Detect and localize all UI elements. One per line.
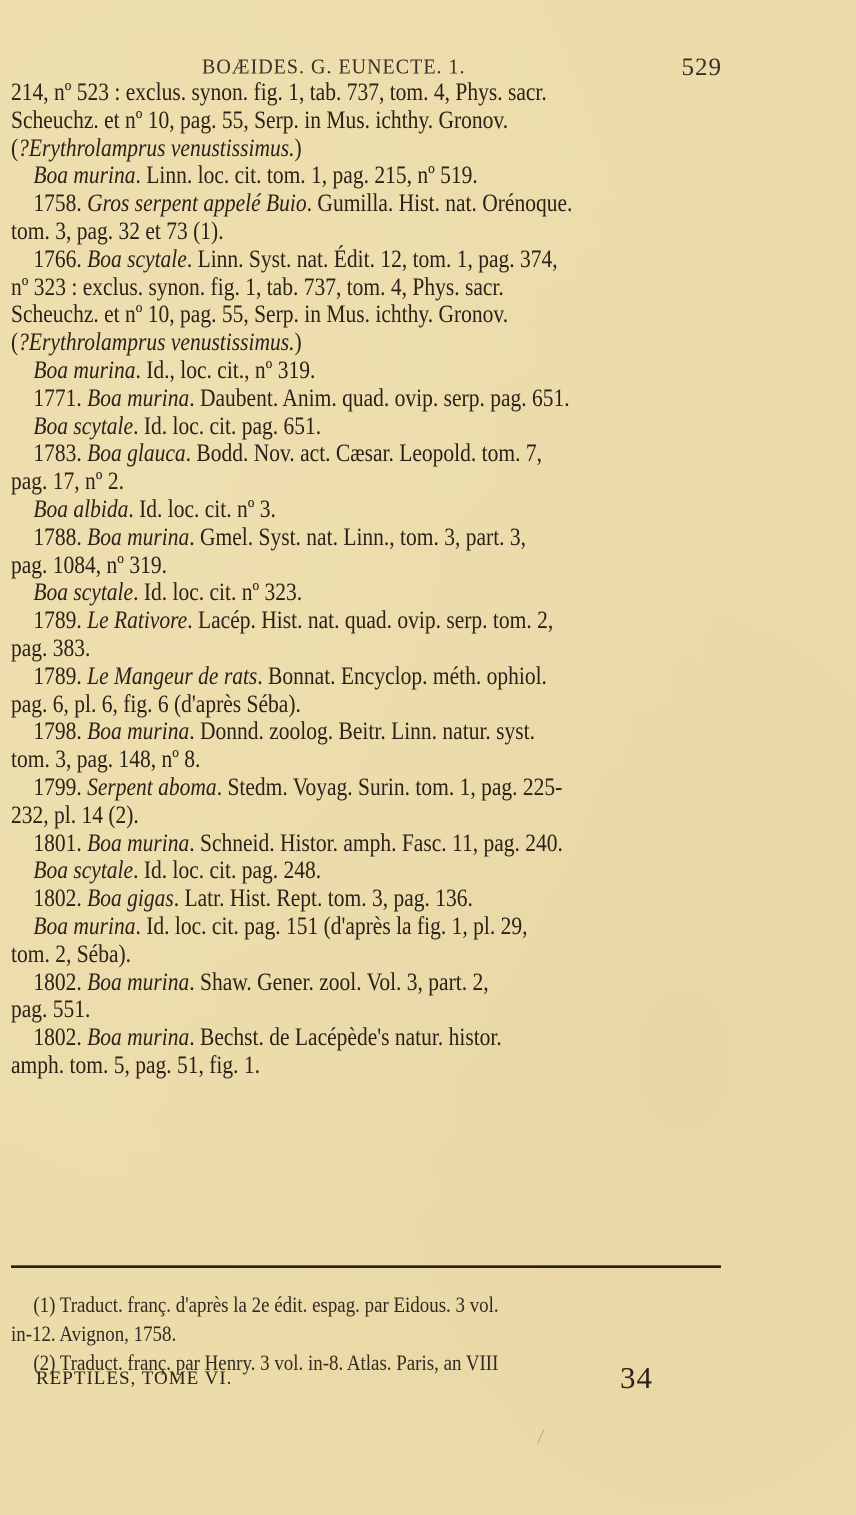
citation-text: ) — [294, 329, 301, 356]
citation-text: amph. tom. 5, pag. 51, fig. 1. — [11, 1052, 260, 1079]
citation-text: . Lacép. Hist. nat. quad. ovip. serp. to… — [187, 607, 553, 634]
species-name: ?Erythrolamprus venustissimus. — [18, 135, 294, 162]
species-name: Serpent aboma — [87, 774, 217, 801]
citation-text: 1802. — [33, 885, 87, 912]
species-name: Boa scytale — [87, 246, 187, 273]
citation-text: . Shaw. Gener. zool. Vol. 3, part. 2, — [189, 969, 488, 996]
text-line: 1766. Boa scytale. Linn. Syst. nat. Édit… — [11, 246, 723, 274]
page-number: 529 — [682, 54, 723, 82]
citation-text: tom. 3, pag. 148, nº 8. — [11, 746, 200, 773]
text-line: Boa murina. Id., loc. cit., nº 319. — [11, 357, 723, 385]
citation-text: 232, pl. 14 (2). — [11, 802, 139, 829]
citation-text: . Linn. loc. cit. tom. 1, pag. 215, nº 5… — [135, 162, 477, 189]
text-line: Scheuchz. et nº 10, pag. 55, Serp. in Mu… — [11, 301, 723, 329]
citation-text: . Id. loc. cit. nº 323. — [133, 579, 302, 606]
citation-text: . Bonnat. Encyclop. méth. ophiol. — [257, 663, 547, 690]
species-name: Boa murina — [87, 718, 189, 745]
text-line: Boa murina. Linn. loc. cit. tom. 1, pag.… — [11, 162, 723, 190]
citation-text: . Bechst. de Lacépède's natur. histor. — [189, 1024, 502, 1051]
signature-number: 34 — [620, 1360, 653, 1396]
citation-text: 1758. — [33, 190, 87, 217]
citation-text: 1802. — [33, 969, 87, 996]
text-line: 1758. Gros serpent appelé Buio. Gumilla.… — [11, 190, 723, 218]
species-name: Gros serpent appelé Buio — [87, 190, 307, 217]
species-name: Boa scytale — [33, 413, 133, 440]
text-line: pag. 1084, nº 319. — [11, 552, 723, 580]
citation-text: 1783. — [33, 440, 87, 467]
text-line: 1789. Le Rativore. Lacép. Hist. nat. qua… — [11, 607, 723, 635]
text-line: tom. 3, pag. 32 et 73 (1). — [11, 218, 723, 246]
text-line: Boa scytale. Id. loc. cit. nº 323. — [11, 579, 723, 607]
citation-text: . Linn. Syst. nat. Édit. 12, tom. 1, pag… — [187, 246, 558, 273]
species-name: Boa albida — [33, 496, 128, 523]
species-name: Boa murina — [33, 162, 135, 189]
signature-label: REPTILES, TOME VI. — [36, 1368, 232, 1389]
citation-text: . Daubent. Anim. quad. ovip. serp. pag. … — [189, 385, 569, 412]
text-line: 1801. Boa murina. Schneid. Histor. amph.… — [11, 830, 723, 858]
species-name: Le Mangeur de rats — [87, 663, 257, 690]
text-line: 1771. Boa murina. Daubent. Anim. quad. o… — [11, 385, 723, 413]
text-line: 1802. Boa murina. Bechst. de Lacépède's … — [11, 1024, 723, 1052]
citation-text: pag. 1084, nº 319. — [11, 552, 167, 579]
text-line: 1788. Boa murina. Gmel. Syst. nat. Linn.… — [11, 524, 723, 552]
citation-text: pag. 6, pl. 6, fig. 6 (d'après Séba). — [11, 691, 301, 718]
citation-text: Scheuchz. et nº 10, pag. 55, Serp. in Mu… — [11, 301, 508, 328]
text-line: 1799. Serpent aboma. Stedm. Voyag. Surin… — [11, 774, 723, 802]
species-name: ?Erythrolamprus venustissimus. — [18, 329, 294, 356]
citation-text: 1766. — [33, 246, 87, 273]
citation-text: 1802. — [33, 1024, 87, 1051]
citation-text: pag. 17, nº 2. — [11, 468, 124, 495]
footnote-line: (1) Traduct. franç. d'après la 2e édit. … — [11, 1290, 723, 1319]
text-line: (?Erythrolamprus venustissimus.) — [11, 329, 723, 357]
citation-text: 1771. — [33, 385, 87, 412]
citation-text: ) — [294, 135, 301, 162]
species-name: Boa murina — [87, 524, 189, 551]
citation-text: . Schneid. Histor. amph. Fasc. 11, pag. … — [189, 830, 563, 857]
text-line: Boa scytale. Id. loc. cit. pag. 248. — [11, 857, 723, 885]
citation-text: pag. 383. — [11, 635, 90, 662]
species-name: Boa murina — [87, 385, 189, 412]
text-line: (?Erythrolamprus venustissimus.) — [11, 135, 723, 163]
synonymy-text: 214, nº 523 : exclus. synon. fig. 1, tab… — [11, 79, 723, 1080]
citation-text: . Gumilla. Hist. nat. Orénoque. — [307, 190, 573, 217]
citation-text: . Latr. Hist. Rept. tom. 3, pag. 136. — [174, 885, 473, 912]
text-line: 1802. Boa murina. Shaw. Gener. zool. Vol… — [11, 969, 723, 997]
species-name: Boa scytale — [33, 579, 133, 606]
species-name: Boa scytale — [33, 857, 133, 884]
text-line: 214, nº 523 : exclus. synon. fig. 1, tab… — [11, 79, 723, 107]
citation-text: . Stedm. Voyag. Surin. tom. 1, pag. 225- — [217, 774, 563, 801]
species-name: Boa murina — [33, 913, 135, 940]
text-line: tom. 2, Séba). — [11, 941, 723, 969]
citation-text: . Id. loc. cit. pag. 248. — [133, 857, 321, 884]
text-line: Boa albida. Id. loc. cit. nº 3. — [11, 496, 723, 524]
citation-text: tom. 3, pag. 32 et 73 (1). — [11, 218, 224, 245]
citation-text: 1789. — [33, 663, 87, 690]
footnote-rule — [11, 1265, 721, 1268]
species-name: Le Rativore — [87, 607, 187, 634]
text-line: pag. 6, pl. 6, fig. 6 (d'après Séba). — [11, 691, 723, 719]
text-line: pag. 551. — [11, 996, 723, 1024]
text-line: pag. 17, nº 2. — [11, 468, 723, 496]
citation-text: . Id., loc. cit., nº 319. — [135, 357, 315, 384]
text-line: Boa murina. Id. loc. cit. pag. 151 (d'ap… — [11, 913, 723, 941]
citation-text: 214, nº 523 : exclus. synon. fig. 1, tab… — [11, 79, 547, 106]
text-line: 1789. Le Mangeur de rats. Bonnat. Encycl… — [11, 663, 723, 691]
text-line: nº 323 : exclus. synon. fig. 1, tab. 737… — [11, 274, 723, 302]
running-title: BOÆIDES. G. EUNECTE. 1. — [202, 55, 466, 79]
citation-text: . Id. loc. cit. pag. 151 (d'après la fig… — [135, 913, 527, 940]
citation-text: nº 323 : exclus. synon. fig. 1, tab. 737… — [11, 274, 504, 301]
citation-text: . Gmel. Syst. nat. Linn., tom. 3, part. … — [189, 524, 526, 551]
text-line: Scheuchz. et nº 10, pag. 55, Serp. in Mu… — [11, 107, 723, 135]
species-name: Boa glauca — [87, 440, 186, 467]
paper-mark — [537, 1429, 552, 1447]
book-page: BOÆIDES. G. EUNECTE. 1. 529 214, nº 523 … — [0, 0, 856, 1515]
species-name: Boa murina — [87, 830, 189, 857]
text-line: tom. 3, pag. 148, nº 8. — [11, 746, 723, 774]
text-line: 1802. Boa gigas. Latr. Hist. Rept. tom. … — [11, 885, 723, 913]
citation-text: Scheuchz. et nº 10, pag. 55, Serp. in Mu… — [11, 107, 508, 134]
text-line: Boa scytale. Id. loc. cit. pag. 651. — [11, 413, 723, 441]
footnotes: (1) Traduct. franç. d'après la 2e édit. … — [11, 1290, 723, 1377]
citation-text: 1788. — [33, 524, 87, 551]
text-line: 1798. Boa murina. Donnd. zoolog. Beitr. … — [11, 718, 723, 746]
citation-text: pag. 551. — [11, 996, 90, 1023]
species-name: Boa gigas — [87, 885, 174, 912]
text-line: pag. 383. — [11, 635, 723, 663]
species-name: Boa murina — [87, 1024, 189, 1051]
text-line: 1783. Boa glauca. Bodd. Nov. act. Cæsar.… — [11, 440, 723, 468]
citation-text: 1789. — [33, 607, 87, 634]
citation-text: 1798. — [33, 718, 87, 745]
species-name: Boa murina — [33, 357, 135, 384]
citation-text: . Donnd. zoolog. Beitr. Linn. natur. sys… — [189, 718, 535, 745]
citation-text: 1801. — [33, 830, 87, 857]
citation-text: . Bodd. Nov. act. Cæsar. Leopold. tom. 7… — [186, 440, 542, 467]
signature-line: REPTILES, TOME VI. 34 — [36, 1368, 716, 1390]
footnote-line: in-12. Avignon, 1758. — [11, 1319, 723, 1348]
citation-text: . Id. loc. cit. nº 3. — [128, 496, 276, 523]
citation-text: 1799. — [33, 774, 87, 801]
text-line: amph. tom. 5, pag. 51, fig. 1. — [11, 1052, 723, 1080]
citation-text: tom. 2, Séba). — [11, 941, 131, 968]
species-name: Boa murina — [87, 969, 189, 996]
running-head: BOÆIDES. G. EUNECTE. 1. 529 — [202, 56, 722, 79]
text-line: 232, pl. 14 (2). — [11, 802, 723, 830]
citation-text: . Id. loc. cit. pag. 651. — [133, 413, 321, 440]
